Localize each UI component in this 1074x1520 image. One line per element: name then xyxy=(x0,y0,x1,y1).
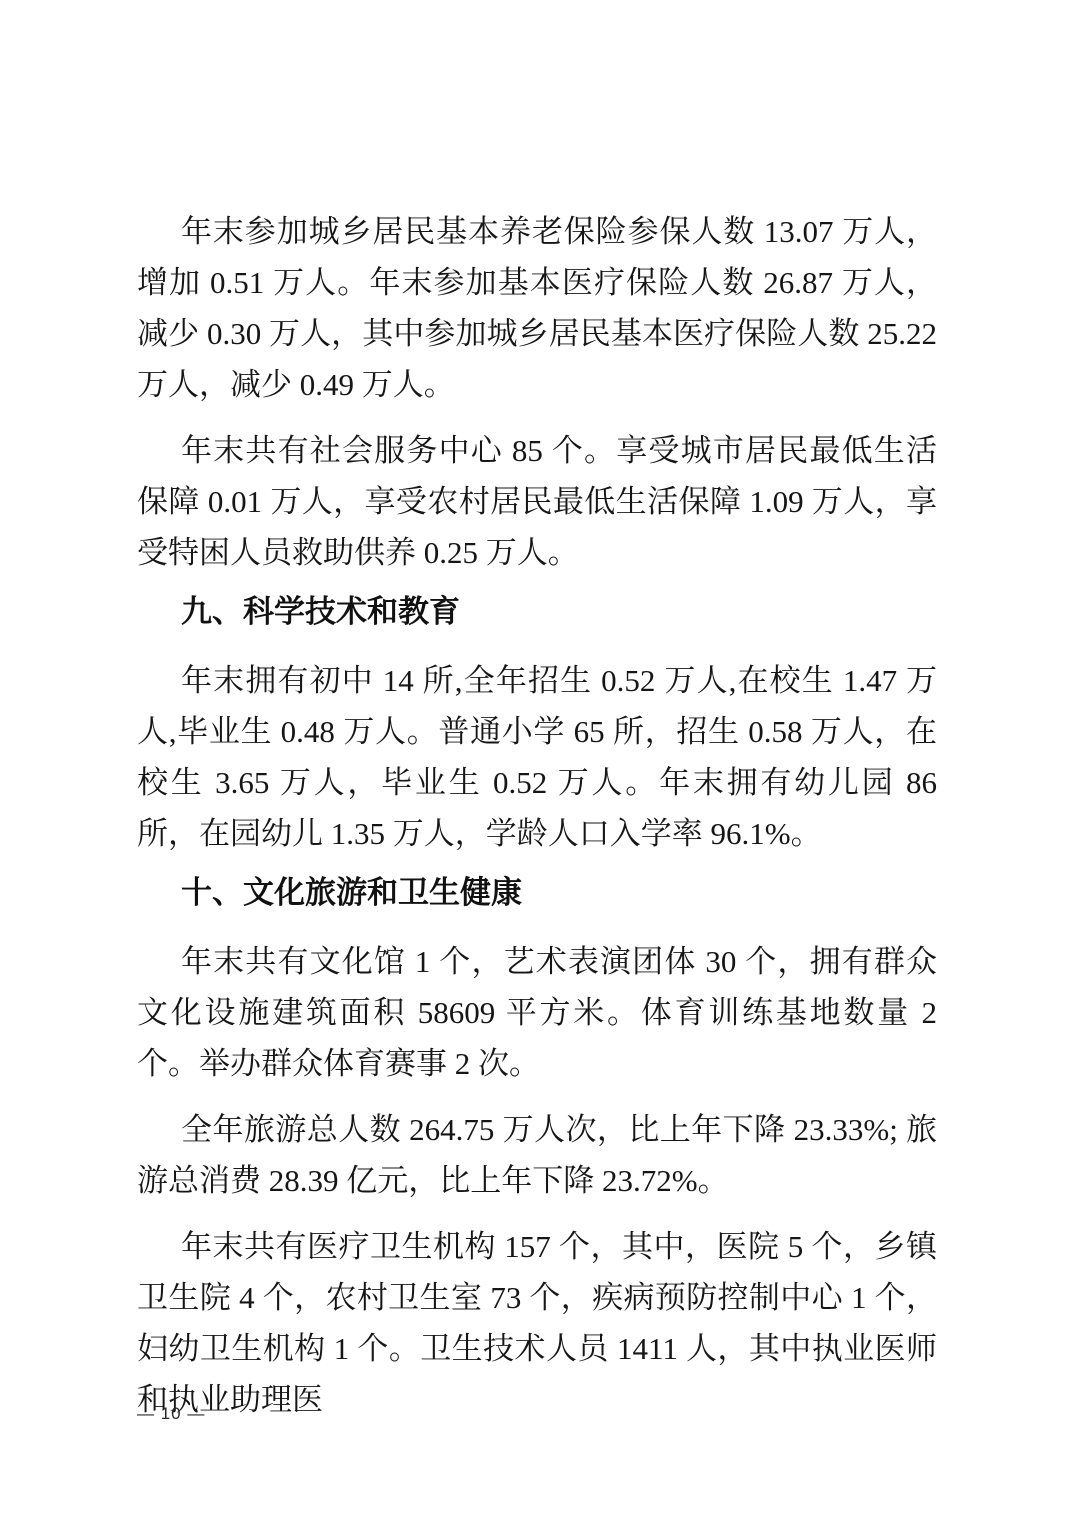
paragraph-education-statistics: 年末拥有初中 14 所,全年招生 0.52 万人,在校生 1.47 万人,毕业生… xyxy=(137,655,937,859)
section-heading-science-technology-education: 九、科学技术和教育 xyxy=(137,593,937,631)
paragraph-tourism-statistics: 全年旅游总人数 264.75 万人次，比上年下降 23.33%; 旅游总消费 2… xyxy=(137,1104,937,1206)
paragraph-pension-medical-insurance: 年末参加城乡居民基本养老保险参保人数 13.07 万人，增加 0.51 万人。年… xyxy=(137,206,937,410)
paragraph-health-institutions-statistics: 年末共有医疗卫生机构 157 个，其中，医院 5 个，乡镇卫生院 4 个，农村卫… xyxy=(137,1221,937,1425)
document-page: 年末参加城乡居民基本养老保险参保人数 13.07 万人，增加 0.51 万人。年… xyxy=(0,0,1074,1520)
document-body: 年末参加城乡居民基本养老保险参保人数 13.07 万人，增加 0.51 万人。年… xyxy=(137,206,937,1425)
paragraph-social-service-centers: 年末共有社会服务中心 85 个。享受城市居民最低生活保障 0.01 万人，享受农… xyxy=(137,425,937,578)
page-number: — 10 — xyxy=(137,1404,205,1424)
section-heading-culture-tourism-health: 十、文化旅游和卫生健康 xyxy=(137,874,937,912)
paragraph-culture-sports-statistics: 年末共有文化馆 1 个，艺术表演团体 30 个，拥有群众文化设施建筑面积 586… xyxy=(137,936,937,1089)
